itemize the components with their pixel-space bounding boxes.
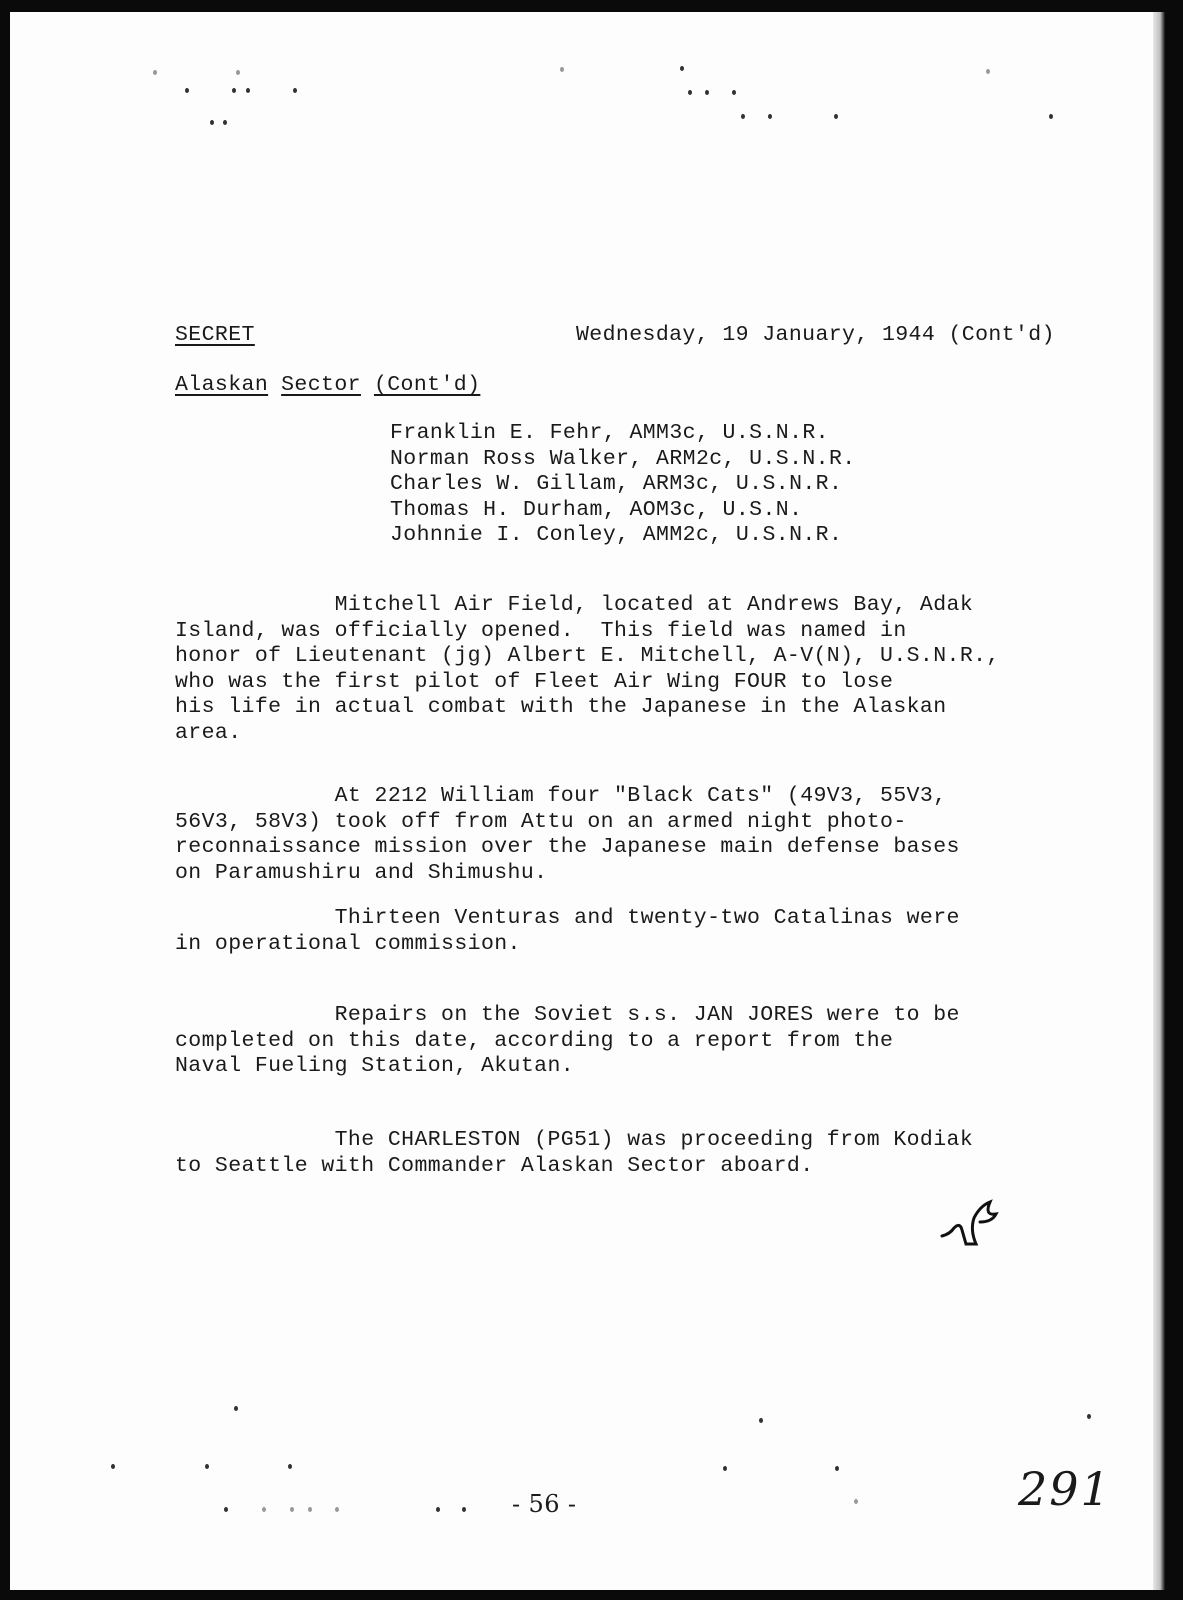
section-heading-word: (Cont'd) <box>374 373 480 397</box>
paragraph-line: in operational commission. <box>175 932 960 958</box>
paragraph-line: 56V3, 58V3) took off from Attu on an arm… <box>175 810 960 836</box>
scan-artifact <box>246 88 250 93</box>
section-heading: AlaskanSector(Cont'd) <box>175 373 493 399</box>
page-edge-shadow <box>1153 12 1165 1590</box>
personnel-entry: Norman Ross Walker, ARM2c, U.S.N.R. <box>390 447 856 473</box>
scan-artifact <box>153 70 157 75</box>
paragraph-line: Naval Fueling Station, Akutan. <box>175 1054 960 1080</box>
personnel-list: Franklin E. Fehr, AMM3c, U.S.N.R.Norman … <box>390 421 856 549</box>
scan-artifact <box>723 1466 727 1471</box>
scan-artifact <box>205 1464 209 1469</box>
scan-artifact <box>210 120 214 125</box>
scan-artifact <box>854 1499 858 1504</box>
paragraph-line: Island, was officially opened. This fiel… <box>175 619 1000 645</box>
scan-artifact <box>986 69 990 74</box>
handwritten-page-stamp: 291 <box>1018 1477 1112 1503</box>
scan-artifact <box>680 66 684 71</box>
scan-artifact <box>759 1418 763 1423</box>
personnel-entry: Johnnie I. Conley, AMM2c, U.S.N.R. <box>390 523 856 549</box>
scan-artifact <box>288 1464 292 1469</box>
paragraph-line: his life in actual combat with the Japan… <box>175 695 1000 721</box>
scan-artifact <box>262 1507 266 1512</box>
scan-artifact <box>224 1507 228 1512</box>
paragraph-line: Mitchell Air Field, located at Andrews B… <box>175 593 1000 619</box>
scan-artifact <box>732 90 736 95</box>
paragraph-line: who was the first pilot of Fleet Air Win… <box>175 670 1000 696</box>
scan-artifact <box>185 88 189 93</box>
date-line: Wednesday, 19 January, 1944 (Cont'd) <box>576 323 1055 349</box>
scan-artifact <box>560 67 564 72</box>
classification-label: SECRET <box>175 323 255 349</box>
scan-artifact <box>462 1507 466 1512</box>
paragraph-line: At 2212 William four "Black Cats" (49V3,… <box>175 784 960 810</box>
personnel-entry: Thomas H. Durham, AOM3c, U.S.N. <box>390 498 856 524</box>
handwritten-initials-icon <box>940 1190 1010 1250</box>
section-heading-word: Alaskan <box>175 373 268 397</box>
paragraph-line: area. <box>175 721 1000 747</box>
scan-artifact <box>1049 114 1053 119</box>
scan-artifact <box>705 90 709 95</box>
scan-artifact <box>236 70 240 75</box>
paragraph-line: to Seattle with Commander Alaskan Sector… <box>175 1154 973 1180</box>
paragraph-line: The CHARLESTON (PG51) was proceeding fro… <box>175 1128 973 1154</box>
paragraph-line: on Paramushiru and Shimushu. <box>175 861 960 887</box>
scan-artifact <box>741 114 745 119</box>
paragraph-aircraft-status: Thirteen Venturas and twenty-two Catalin… <box>175 906 960 957</box>
scan-artifact <box>834 114 838 119</box>
paragraph-charleston: The CHARLESTON (PG51) was proceeding fro… <box>175 1128 973 1179</box>
paragraph-line: Repairs on the Soviet s.s. JAN JORES wer… <box>175 1003 960 1029</box>
scan-artifact <box>223 120 227 125</box>
paragraph-line: reconnaissance mission over the Japanese… <box>175 835 960 861</box>
personnel-entry: Franklin E. Fehr, AMM3c, U.S.N.R. <box>390 421 856 447</box>
scan-artifact <box>293 88 297 93</box>
paragraph-jan-jores: Repairs on the Soviet s.s. JAN JORES wer… <box>175 1003 960 1080</box>
scan-artifact <box>234 1406 238 1411</box>
scan-artifact <box>436 1507 440 1512</box>
scan-artifact <box>768 114 772 119</box>
paragraph-mitchell-field: Mitchell Air Field, located at Andrews B… <box>175 593 1000 746</box>
paragraph-line: completed on this date, according to a r… <box>175 1029 960 1055</box>
scan-artifact <box>1087 1414 1091 1419</box>
scan-artifact <box>290 1507 294 1512</box>
paragraph-line: Thirteen Venturas and twenty-two Catalin… <box>175 906 960 932</box>
scan-artifact <box>335 1507 339 1512</box>
paragraph-line: honor of Lieutenant (jg) Albert E. Mitch… <box>175 644 1000 670</box>
scan-artifact <box>835 1466 839 1471</box>
paragraph-black-cats: At 2212 William four "Black Cats" (49V3,… <box>175 784 960 886</box>
page-number: - 56 - <box>512 1492 576 1518</box>
section-heading-word: Sector <box>281 373 361 397</box>
scan-artifact <box>111 1464 115 1469</box>
scan-artifact <box>232 88 236 93</box>
personnel-entry: Charles W. Gillam, ARM3c, U.S.N.R. <box>390 472 856 498</box>
scan-artifact <box>688 90 692 95</box>
scan-artifact <box>308 1507 312 1512</box>
